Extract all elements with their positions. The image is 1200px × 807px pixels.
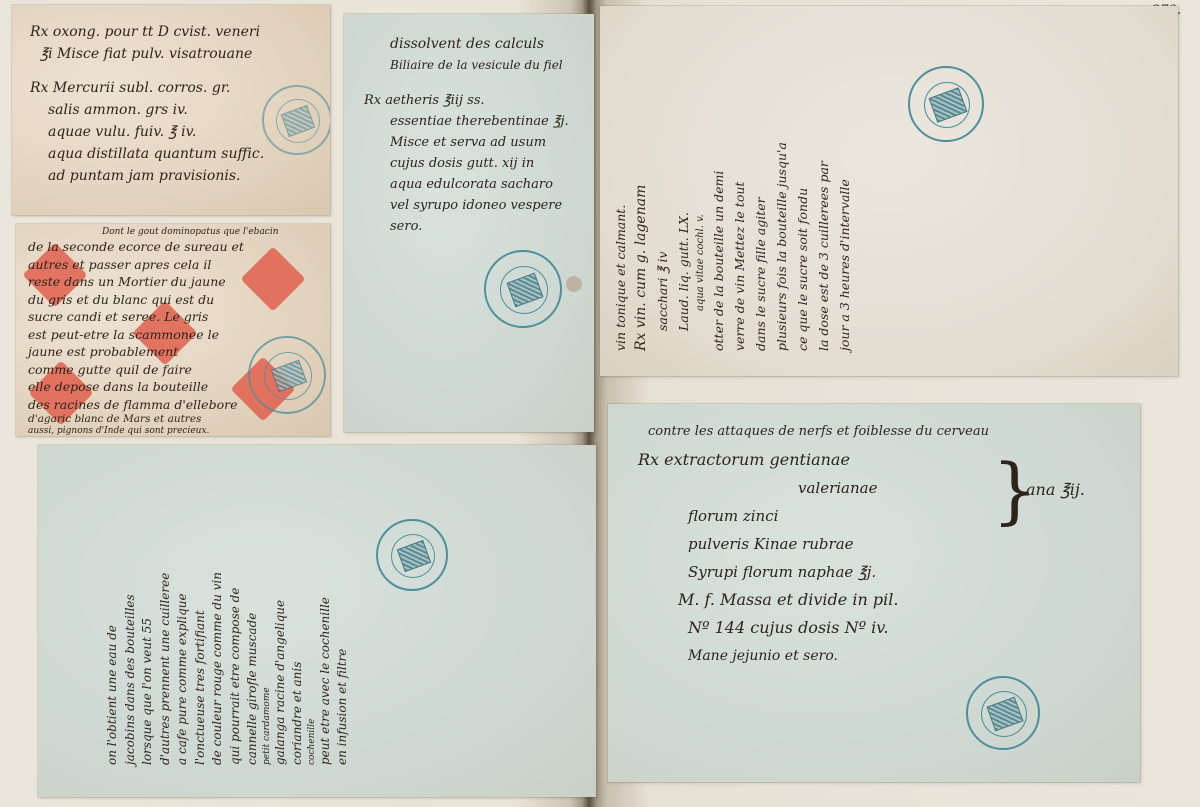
text-line: coriandre et anis [289, 572, 307, 765]
stain [566, 276, 582, 292]
text-line: Rx extractorum gentianae [638, 446, 989, 474]
text-line: Rx aetheris ℥iij ss. [364, 90, 569, 111]
text-line: aquae vulu. fuiv. ℥ iv. [30, 121, 264, 143]
slip-text: on l'obtient une eau de jacobins dans de… [104, 572, 352, 765]
text-line: Rx oxong. pour tt D cvist. veneri [30, 21, 264, 43]
text-line: reste dans un Mortier du jaune [28, 273, 279, 291]
text-line: verre de vin Mettez le tout [729, 142, 750, 351]
slip-top-right: vin tonique et calmant. Rx vin. cum g. l… [600, 6, 1178, 376]
bracket-annotation: ana ℥ij. [1026, 480, 1085, 499]
text-line: qui pourrait etre compose de [227, 572, 245, 765]
text-line: ℥i Misce fiat pulv. visatrouane [30, 43, 264, 65]
slip-text: dissolvent des calculs Biliaire de la ve… [364, 34, 569, 237]
text-line: Biliaire de la vesicule du fiel [364, 55, 569, 76]
slip-top-left: Rx oxong. pour tt D cvist. veneri ℥i Mis… [12, 5, 330, 215]
slip-text: contre les attaques de nerfs et foibless… [648, 418, 989, 670]
text-line: M. f. Massa et divide in pil. [648, 586, 989, 614]
text-line: sacchari ℥ iv [652, 142, 673, 351]
text-line: otter de la bouteille un demi [708, 142, 729, 351]
text-line: a cafe pure comme explique [174, 572, 192, 765]
text-line: petit cardamome [262, 572, 272, 765]
text-line: ce que le sucre soit fondu [792, 142, 813, 351]
text-line: de couleur rouge comme du vin [209, 572, 227, 765]
text-line: Misce et serva ad usum [364, 132, 569, 153]
library-stamp [376, 519, 448, 591]
text-line: galanga racine d'angelique [272, 572, 290, 765]
text-line: aussi, pignons d'Inde qui sont precieux. [28, 426, 279, 436]
rotated-text-block: vin tonique et calmant. Rx vin. cum g. l… [610, 142, 855, 351]
text-line: aqua vitae cochl. v. [694, 142, 708, 351]
text-line: plusieurs fois la bouteille jusqu'a [771, 142, 792, 351]
text-line: autres et passer apres cela il [28, 256, 279, 274]
text-line: Nº 144 cujus dosis Nº iv. [648, 614, 989, 642]
library-stamp [484, 250, 562, 328]
text-line: dissolvent des calculs [364, 34, 569, 55]
text-line: cochenille [307, 572, 317, 765]
text-header: Dont le gout dominopatus que l'ebacin [28, 227, 279, 238]
text-line: cannelle girofle muscade [244, 572, 262, 765]
text-line: du gris et du blanc qui est du [28, 291, 279, 309]
text-line: sucre candi et seree. Le gris [28, 308, 279, 326]
text-line: comme gutte quil de faire [28, 361, 279, 379]
text-line: elle depose dans la bouteille [28, 378, 279, 396]
library-stamp [966, 676, 1040, 750]
text-line: salis ammon. grs iv. [30, 99, 264, 121]
text-line: peut etre avec le cochenille [317, 572, 335, 765]
slip-middle-left: Dont le gout dominopatus que l'ebacin de… [16, 224, 330, 436]
text-line: valerianae [648, 474, 989, 502]
text-line: vin tonique et calmant. [610, 142, 631, 351]
text-line: d'autres prennent une cuilleree [157, 572, 175, 765]
text-line: jaune est probablement [28, 343, 279, 361]
text-line: Mane jejunio et sero. [648, 642, 989, 670]
text-line: ad puntam jam pravisionis. [30, 165, 264, 187]
text-line: jacobins dans des bouteilles [122, 572, 140, 765]
text-line: Rx Mercurii subl. corros. gr. [30, 77, 264, 99]
text-line: vel syrupo idoneo vespere [364, 195, 569, 216]
text-line: jour a 3 heures d'intervalle [834, 142, 855, 351]
text-line: Syrupi florum naphae ℥j. [648, 558, 989, 586]
text-line: dans le sucre fille agiter [750, 142, 771, 351]
slip-text: Rx oxong. pour tt D cvist. veneri ℥i Mis… [30, 21, 264, 187]
text-line: aqua edulcorata sacharo [364, 174, 569, 195]
text-line: d'agaric blanc de Mars et autres [28, 413, 279, 426]
slip-bottom-right: contre les attaques de nerfs et foibless… [608, 404, 1140, 782]
text-line: sero. [364, 216, 569, 237]
text-line: des racines de flamma d'ellebore [28, 396, 279, 414]
library-stamp [908, 66, 984, 142]
text-line: Rx vin. cum g. lagenam [631, 142, 652, 351]
library-stamp [262, 85, 330, 155]
text-line: lorsque que l'on veut 55 [139, 572, 157, 765]
text-line: est peut-etre la scammonee le [28, 326, 279, 344]
text-line: aqua distillata quantum suffic. [30, 143, 264, 165]
text-line: essentiae therebentinae ℥j. [364, 111, 569, 132]
slip-text: Dont le gout dominopatus que l'ebacin de… [28, 227, 279, 436]
text-line: de la seconde ecorce de sureau et [28, 238, 279, 256]
text-line: la dose est de 3 cuillerees par [813, 142, 834, 351]
slip-text: vin tonique et calmant. Rx vin. cum g. l… [610, 142, 855, 351]
text-line: florum zinci [648, 502, 989, 530]
text-line: l'onctueuse tres fortifiant [192, 572, 210, 765]
text-line: cujus dosis gutt. xij in [364, 153, 569, 174]
text-line: on l'obtient une eau de [104, 572, 122, 765]
text-line: pulveris Kinae rubrae [648, 530, 989, 558]
slip-top-center: dissolvent des calculs Biliaire de la ve… [344, 14, 594, 432]
text-line: Laud. liq. gutt. LX. [673, 142, 694, 351]
rotated-text-block: on l'obtient une eau de jacobins dans de… [104, 572, 352, 765]
text-header: contre les attaques de nerfs et foibless… [648, 418, 989, 446]
text-line: en infusion et filtre [334, 572, 352, 765]
slip-bottom-left: on l'obtient une eau de jacobins dans de… [38, 445, 596, 797]
